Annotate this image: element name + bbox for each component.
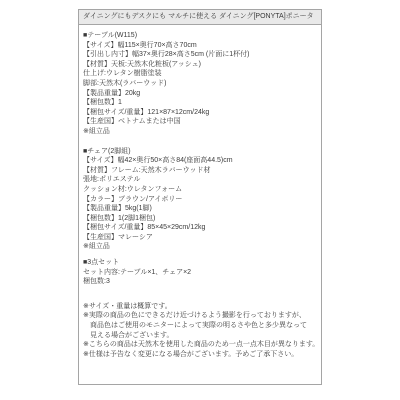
- disclaimer-notes: ※サイズ・重量は概算です。 ※実際の商品の色にできるだけ近づけるよう撮影を行って…: [83, 302, 317, 360]
- spec-section-set: ■3点セット セット内容:テーブル×1、チェア×2 梱包数:3: [83, 258, 317, 287]
- spec-line: 【製品重量】5kg(1脚): [83, 204, 317, 214]
- spec-line: 【引出し内寸】幅37×奥行28×高さ5cm (片面に1杯付): [83, 50, 317, 60]
- spec-line: クッション材:ウレタンフォーム: [83, 185, 317, 195]
- note-line: ※実際の商品の色にできるだけ近づけるよう撮影を行っておりますが、: [83, 311, 317, 321]
- spec-line: 仕上げ:ウレタン樹脂塗装: [83, 69, 317, 79]
- product-title-bar: ダイニングにもデスクにも マルチに使える ダイニング[PONYTA]ポニータ: [79, 10, 321, 25]
- spec-line: 【カラー】ブラウン/アイボリー: [83, 195, 317, 205]
- note-line: ※サイズ・重量は概算です。: [83, 302, 317, 312]
- spec-line: 【生産国】ベトナムまたは中国: [83, 117, 317, 127]
- spec-content: ■テーブル(W115) 【サイズ】幅115×奥行70×高さ70cm 【引出し内寸…: [79, 25, 321, 359]
- spec-section-chair: ■チェア(2脚組) 【サイズ】幅42×奥行50×高さ84(座面高44.5)cm …: [83, 147, 317, 253]
- note-line: 商品色はご使用のモニターによって実際の明るさや色と多少異なって: [83, 321, 317, 331]
- spec-section-table: ■テーブル(W115) 【サイズ】幅115×奥行70×高さ70cm 【引出し内寸…: [83, 31, 317, 137]
- spec-line: 【サイズ】幅115×奥行70×高さ70cm: [83, 41, 317, 51]
- spec-line: 【梱包数】1: [83, 98, 317, 108]
- spec-line: 【梱包サイズ/重量】121×87×12cm/24kg: [83, 108, 317, 118]
- spec-line: 【材質】フレーム:天然木ラバーウッド材: [83, 166, 317, 176]
- spec-line: 【材質】天板:天然木化粧板(アッシュ): [83, 60, 317, 70]
- section-heading-table: ■テーブル(W115): [83, 31, 317, 41]
- section-heading-set: ■3点セット: [83, 258, 317, 268]
- spec-line: 【製品重量】20kg: [83, 89, 317, 99]
- section-heading-chair: ■チェア(2脚組): [83, 147, 317, 157]
- spec-line: 脚部:天然木(ラバーウッド): [83, 79, 317, 89]
- note-line: ※仕様は予告なく変更になる場合がございます。予めご了承下さい。: [83, 350, 317, 360]
- spec-line: 【生産国】マレーシア: [83, 233, 317, 243]
- spec-line-assembly-note: ※組立品: [83, 127, 317, 137]
- spec-line: 梱包数:3: [83, 277, 317, 287]
- spec-line-assembly-note: ※組立品: [83, 242, 317, 252]
- spec-line: 張地:ポリエステル: [83, 175, 317, 185]
- product-spec-panel: ダイニングにもデスクにも マルチに使える ダイニング[PONYTA]ポニータ ■…: [78, 9, 322, 385]
- note-line: ※こちらの商品は天然木を使用した商品のため一点一点木目が異なります。: [83, 340, 317, 350]
- spec-line: 【サイズ】幅42×奥行50×高さ84(座面高44.5)cm: [83, 156, 317, 166]
- spec-line: 【梱包数】1(2脚1梱包): [83, 214, 317, 224]
- spec-line: 【梱包サイズ/重量】85×45×29cm/12kg: [83, 223, 317, 233]
- spec-line: セット内容:テーブル×1、チェア×2: [83, 268, 317, 278]
- note-line: 見える場合がございます。: [83, 331, 317, 341]
